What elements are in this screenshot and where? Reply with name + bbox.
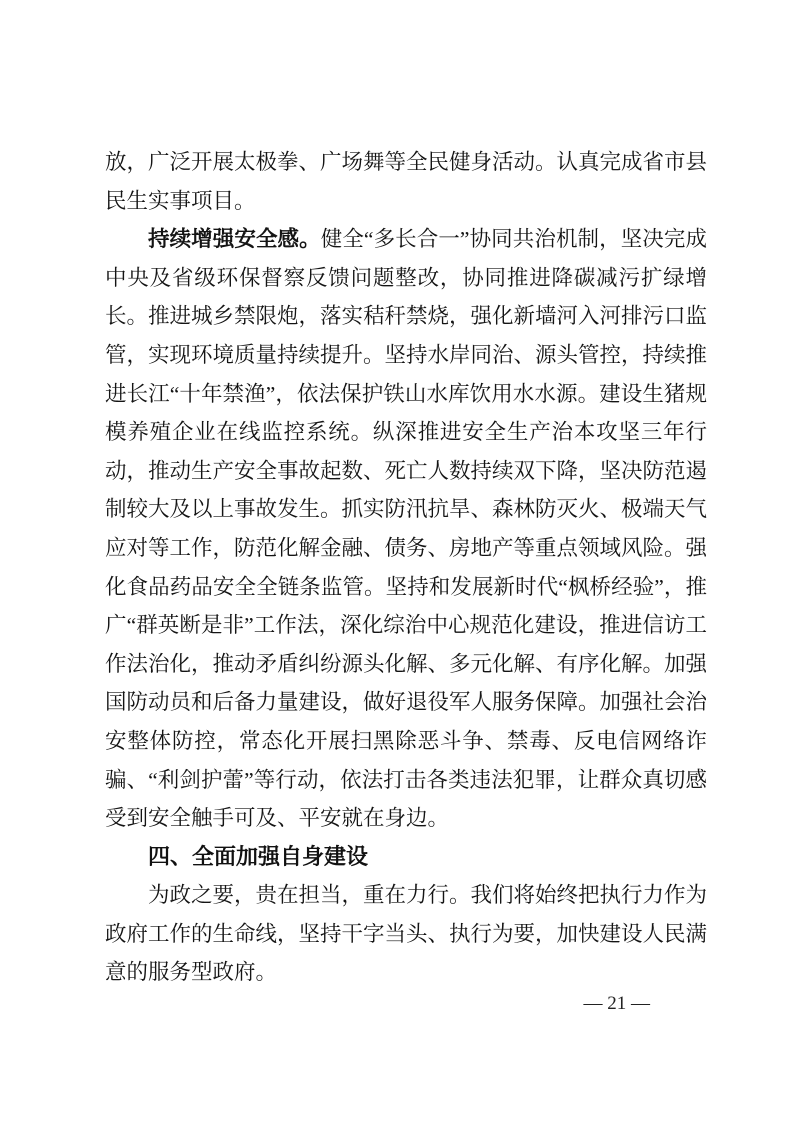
page-number: — 21 — <box>584 994 651 1014</box>
paragraph-security-text: 健全“多长合一”协同共治机制，坚决完成中央及省级环保督察反馈问题整改，协同推进降… <box>105 227 707 830</box>
section-heading-four: 四、全面加强自身建设 <box>105 838 707 877</box>
document-page: 放，广泛开展太极拳、广场舞等全民健身活动。认真完成省市县民生实事项目。 持续增强… <box>0 0 794 1122</box>
paragraph-continuation: 放，广泛开展太极拳、广场舞等全民健身活动。认真完成省市县民生实事项目。 <box>105 143 707 220</box>
paragraph-lead-bold: 持续增强安全感。 <box>148 227 321 251</box>
paragraph-security-sense: 持续增强安全感。健全“多长合一”协同共治机制，坚决完成中央及省级环保督察反馈问题… <box>105 220 707 838</box>
paragraph-self-building: 为政之要，贵在担当，重在力行。我们将始终把执行力作为政府工作的生命线，坚持干字当… <box>105 876 707 992</box>
document-body: 放，广泛开展太极拳、广场舞等全民健身活动。认真完成省市县民生实事项目。 持续增强… <box>105 143 707 992</box>
